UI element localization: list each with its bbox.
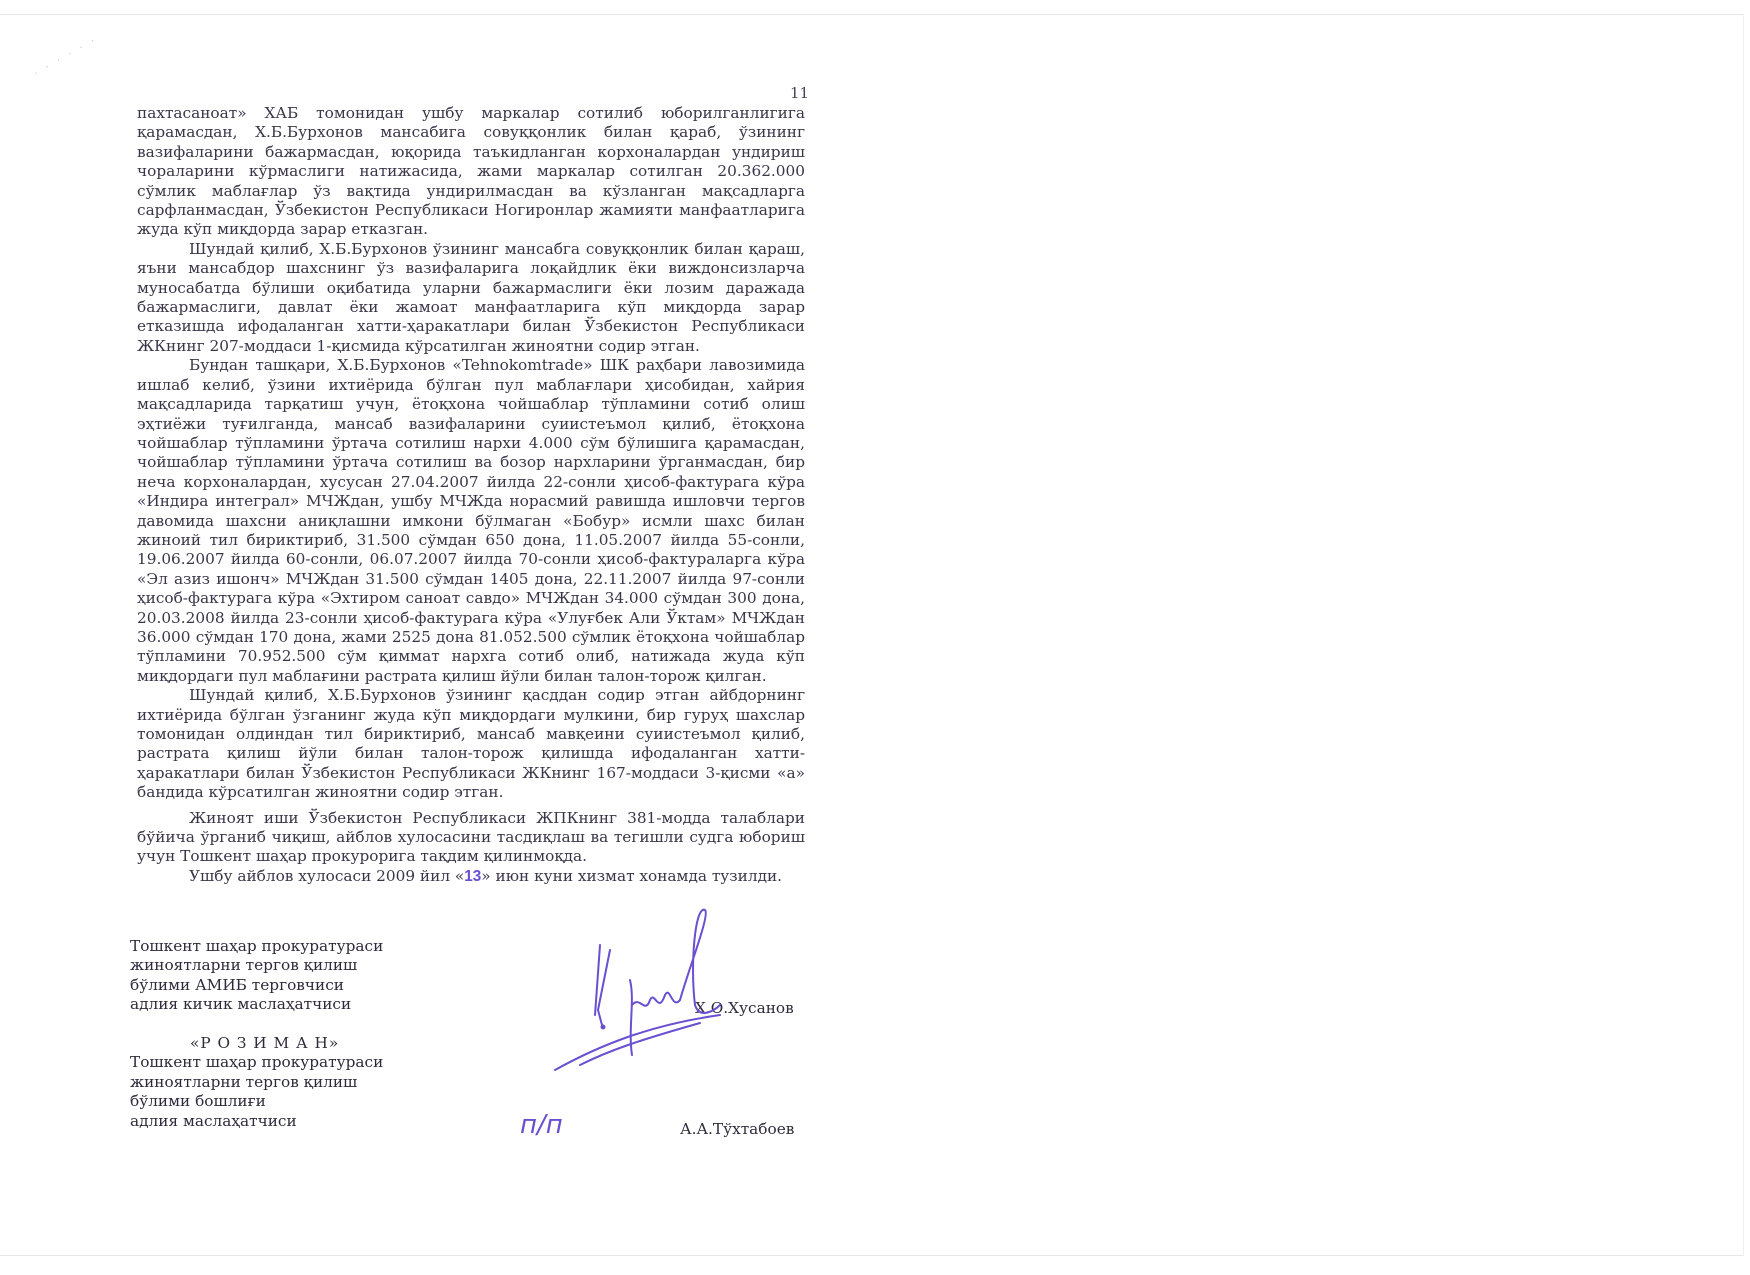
paragraph: пахтасаноат» ХАБ томонидан ушбу маркалар… — [137, 104, 805, 240]
title-line: адлия маслаҳатчиси — [130, 1112, 383, 1131]
paragraph: Шундай қилиб, Х.Б.Бурхонов ўзининг манса… — [137, 240, 805, 356]
approval-block: «Р О З И М А Н» Тошкент шаҳар прокуратур… — [130, 1034, 383, 1131]
closing-text-before: Ушбу айблов хулосаси 2009 йил « — [189, 867, 464, 885]
closing-text-after: » июн куни хизмат хонамда тузилди. — [481, 867, 782, 885]
page-edge-bottom — [0, 1255, 1743, 1256]
title-line: бўлими бошлиғи — [130, 1092, 383, 1111]
document-body: пахтасаноат» ХАБ томонидан ушбу маркалар… — [137, 104, 805, 886]
signature-icon — [540, 905, 740, 1095]
handwritten-pp-mark: п/п — [520, 1110, 563, 1140]
paragraph: Бундан ташқари, Х.Б.Бурхонов «Tehnokomtr… — [137, 356, 805, 686]
page-edge-top — [0, 14, 1743, 15]
paragraph: Жиноят иши Ўзбекистон Республикаси ЖПКни… — [137, 809, 805, 867]
handwritten-day: 13 — [464, 868, 481, 885]
title-line: Тошкент шаҳар прокуратураси — [130, 1053, 383, 1072]
closing-line: Ушбу айблов хулосаси 2009 йил «13» июн к… — [137, 867, 805, 886]
title-line: бўлими АМИБ терговчиси — [130, 976, 383, 995]
approver-name: А.А.Тўхтабоев — [680, 1120, 794, 1138]
title-line: жиноятларни тергов қилиш — [130, 1073, 383, 1092]
investigator-title-block: Тошкент шаҳар прокуратураси жиноятларни … — [130, 937, 383, 1015]
title-line: жиноятларни тергов қилиш — [130, 956, 383, 975]
title-line: адлия кичик маслаҳатчиси — [130, 995, 383, 1014]
page-number: 11 — [790, 84, 809, 102]
scan-artifact: · · · · · · — [32, 33, 100, 80]
approval-heading: «Р О З И М А Н» — [130, 1034, 383, 1053]
paragraph: Шундай қилиб, Х.Б.Бурхонов ўзининг қасдд… — [137, 686, 805, 802]
page-edge-right — [1743, 14, 1744, 1256]
title-line: Тошкент шаҳар прокуратураси — [130, 937, 383, 956]
